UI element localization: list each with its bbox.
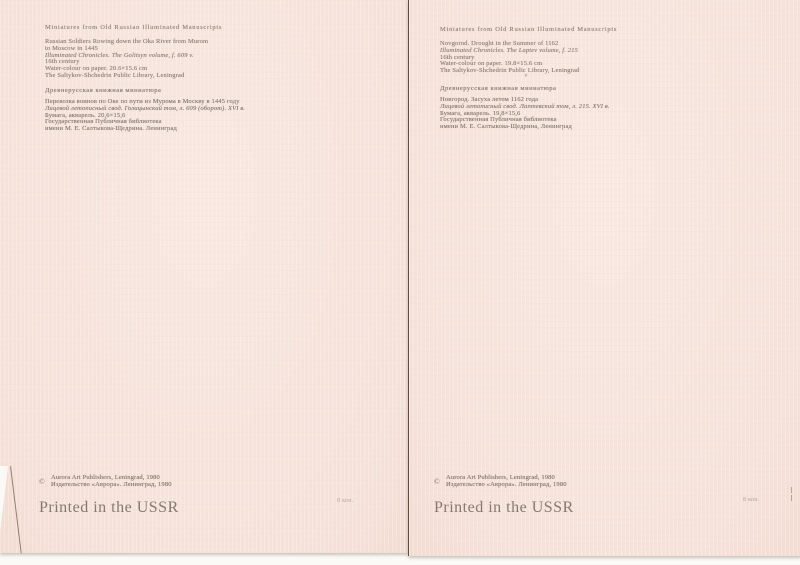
copyright-russian: Издательство «Аврора». Ленинград, 1980: [446, 481, 567, 488]
printer-mark: v: [516, 73, 536, 79]
copyright-russian: Издательство «Аврора». Ленинград, 1980: [51, 481, 172, 488]
series-title: Miniatures from Old Russian Illuminated …: [440, 27, 617, 34]
printed-in-ussr: Printed in the USSR: [434, 499, 574, 517]
scan-edge-marks: [789, 485, 793, 507]
copyright-english: Aurora Art Publishers, Leningrad, 1980: [446, 474, 567, 481]
series-title-russian: Древнерусская книжная миниатюра: [440, 86, 556, 93]
postcard-right: Miniatures from Old Russian Illuminated …: [408, 0, 800, 556]
copyright-english: Aurora Art Publishers, Leningrad, 1980: [51, 474, 172, 481]
price-label: 8 коп.: [743, 497, 760, 503]
copyright-block: Aurora Art Publishers, Leningrad, 1980 И…: [51, 474, 172, 488]
postcard-left: Miniatures from Old Russian Illuminated …: [0, 0, 408, 553]
artwork-library-ru-line2: имени М. Е. Салтыкова-Щедрина, Ленинград: [440, 124, 610, 131]
copyright-icon: ©: [39, 477, 45, 486]
artwork-library-ru-line2: имени М. Е. Салтыкова-Щедрина. Ленинград: [45, 126, 245, 133]
caption-russian: Новгород. Засуха летом 1162 года Лицевой…: [440, 97, 610, 131]
artwork-library: The Saltykov-Shchedrin Public Library, L…: [440, 68, 579, 75]
scanned-postcard-backs: Miniatures from Old Russian Illuminated …: [0, 0, 800, 565]
caption-english: Russian Soldiers Rowing down the Oka Riv…: [45, 39, 208, 80]
series-title-russian: Древнерусская книжная миниатюра: [45, 88, 161, 95]
caption-english: Novgorod. Drought in the Summer of 1162 …: [440, 41, 579, 75]
price-label: 8 коп.: [337, 498, 354, 504]
copyright-block: Aurora Art Publishers, Leningrad, 1980 И…: [446, 474, 567, 488]
series-title: Miniatures from Old Russian Illuminated …: [45, 25, 222, 32]
copyright-icon: ©: [434, 477, 440, 486]
printed-in-ussr: Printed in the USSR: [39, 499, 179, 517]
caption-russian: Перевозка воинов по Оке по пути из Муром…: [45, 99, 245, 133]
artwork-library: The Saltykov-Shchedrin Public Library, L…: [45, 73, 208, 80]
